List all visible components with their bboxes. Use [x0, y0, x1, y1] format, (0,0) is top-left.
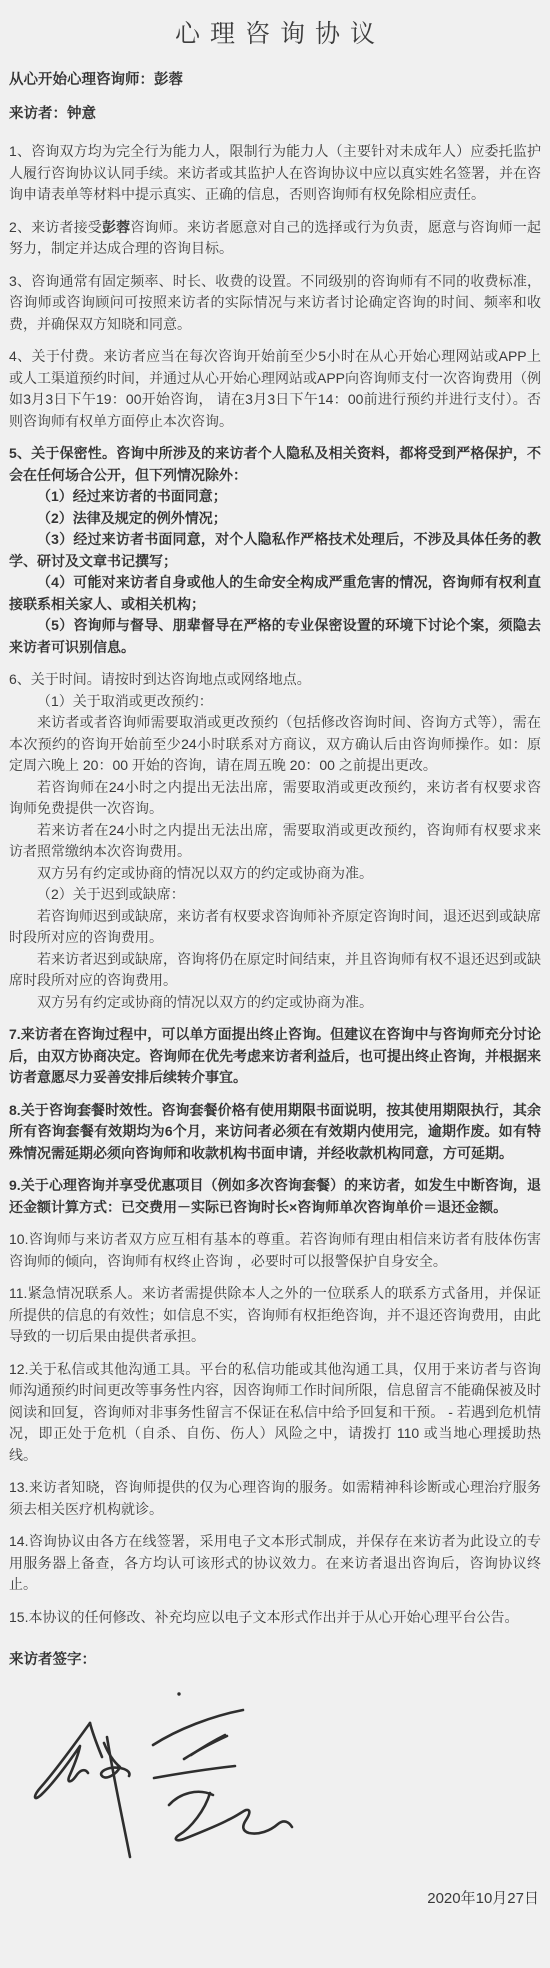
- agreement-document: 心理咨询协议 从心开始心理咨询师：彭蓉 来访者：钟意 1、咨询双方均为完全行为能…: [0, 0, 550, 1968]
- clause-12: 12.关于私信或其他沟通工具。平台的私信功能或其他沟通工具，仅用于来访者与咨询师…: [9, 1359, 541, 1467]
- clause-14: 14.咨询协议由各方在线签署，采用电子文本形式制成，并保存在来访者为此设立的专用…: [9, 1531, 541, 1596]
- clause-3: 3、咨询通常有固定频率、时长、收费的设置。不同级别的咨询师有不同的收费标准，咨询…: [9, 271, 541, 336]
- clause-6-item-5: 双方另有约定或协商的情况以双方的约定或协商为准。: [9, 863, 541, 885]
- signature-date: 2020年10月27日: [9, 1887, 539, 1908]
- clause-4: 4、关于付费。来访者应当在每次咨询开始前至少5小时在从心开始心理网站或APP上或…: [9, 346, 541, 432]
- clause-6-item-3: 若咨询师在24小时之内提出无法出席，需要取消或更改预约，来访者有权要求咨询师免费…: [9, 777, 541, 820]
- clause-6-item-2: 来访者或者咨询师需要取消或更改预约（包括修改咨询时间、咨询方式等），需在本次预约…: [9, 712, 541, 777]
- signature-image: [21, 1681, 541, 1881]
- clause-5-item-4: （4）可能对来访者自身或他人的生命安全构成严重危害的情况，咨询师有权利直接联系相…: [9, 572, 541, 615]
- page-title: 心理咨询协议: [9, 14, 541, 50]
- clause-11: 11.紧急情况联系人。来访者需提供除本人之外的一位联系人的联系方式备用，并保证所…: [9, 1283, 541, 1348]
- clause-5-item-2: （2）法律及规定的例外情况；: [9, 508, 541, 530]
- counselor-line: 从心开始心理咨询师：彭蓉: [9, 70, 541, 91]
- visitor-line: 来访者：钟意: [9, 104, 541, 125]
- handwritten-signature-svg: [21, 1681, 301, 1879]
- clause-6-item-9: 双方另有约定或协商的情况以双方的约定或协商为准。: [9, 992, 541, 1014]
- clause-7: 7.来访者在咨询过程中，可以单方面提出终止咨询。但建议在咨询中与咨询师充分讨论后…: [9, 1024, 541, 1089]
- clause-6-item-6: （2）关于迟到或缺席：: [9, 884, 541, 906]
- clause-5-item-1: （1）经过来访者的书面同意；: [9, 486, 541, 508]
- clause-9: 9.关于心理咨询并享受优惠项目（例如多次咨询套餐）的来访者，如发生中断咨询，退还…: [9, 1175, 541, 1218]
- clause-5: 5、关于保密性。咨询中所涉及的来访者个人隐私及相关资料，都将受到严格保护，不会在…: [9, 443, 541, 486]
- clause-6-item-7: 若咨询师迟到或缺席，来访者有权要求咨询师补齐原定咨询时间，退还迟到或缺席时段所对…: [9, 906, 541, 949]
- clause-6: 6、关于时间。请按时到达咨询地点或网络地点。: [9, 669, 541, 691]
- clause-1: 1、咨询双方均为完全行为能力人，限制行为能力人（主要针对未成年人）应委托监护人履…: [9, 141, 541, 206]
- clause-8: 8.关于咨询套餐时效性。咨询套餐价格有使用期限书面说明，按其使用期限执行，其余所…: [9, 1100, 541, 1165]
- clause-2-text-pre: 2、来访者接受: [9, 219, 102, 235]
- clause-5-item-5: （5）咨询师与督导、朋辈督导在严格的专业保密设置的环境下讨论个案，须隐去来访者可…: [9, 615, 541, 658]
- clause-15: 15.本协议的任何修改、补充均应以电子文本形式作出并于从心开始心理平台公告。: [9, 1607, 541, 1629]
- clause-6-item-1: （1）关于取消或更改预约：: [9, 691, 541, 713]
- clause-10: 10.咨询师与来访者双方应互相有基本的尊重。若咨询师有理由相信来访者有肢体伤害咨…: [9, 1229, 541, 1272]
- clause-6-item-8: 若来访者迟到或缺席，咨询将仍在原定时间结束，并且咨询师有权不退还迟到或缺席时段所…: [9, 949, 541, 992]
- clause-2: 2、来访者接受彭蓉咨询师。来访者愿意对自己的选择或行为负责，愿意与咨询师一起努力…: [9, 217, 541, 260]
- signature-label: 来访者签字：: [9, 1648, 541, 1669]
- clause-6-item-4: 若来访者在24小时之内提出无法出席，需要取消或更改预约，咨询师有权要求来访者照常…: [9, 820, 541, 863]
- counselor-name-emphasis: 彭蓉: [102, 219, 130, 235]
- pen-dot: [177, 1692, 180, 1695]
- clause-5-item-3: （3）经过来访者书面同意，对个人隐私作严格技术处理后，不涉及具体任务的教学、研讨…: [9, 529, 541, 572]
- clause-list: 1、咨询双方均为完全行为能力人，限制行为能力人（主要针对未成年人）应委托监护人履…: [9, 141, 541, 1628]
- clause-13: 13.来访者知晓，咨询师提供的仅为心理咨询的服务。如需精神科诊断或心理治疗服务须…: [9, 1477, 541, 1520]
